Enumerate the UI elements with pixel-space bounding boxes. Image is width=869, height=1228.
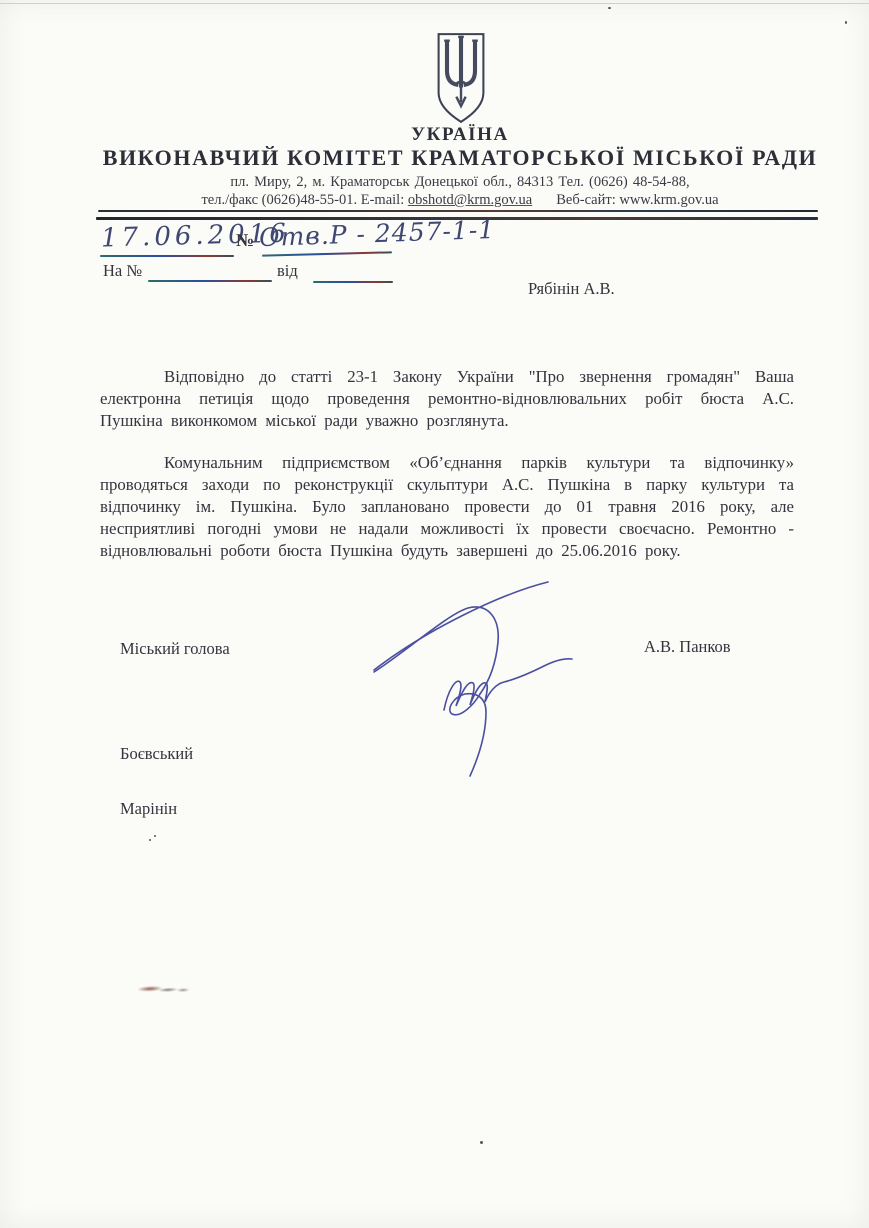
scan-speck — [608, 7, 611, 9]
website-text: Веб-сайт: www.krm.gov.ua — [556, 192, 718, 208]
reply-from-label: від — [277, 261, 298, 281]
official-name-2: Марінін — [120, 799, 177, 819]
address-line-1: пл. Миру, 2, м. Краматорськ Донецької об… — [74, 174, 846, 191]
body-paragraph-1: Відповідно до статті 23-1 Закону України… — [100, 366, 794, 432]
country-name: УКРАЇНА — [74, 124, 846, 146]
addressee-name: Рябінін А.В. — [528, 279, 615, 299]
reply-date-blank-line — [313, 281, 393, 283]
scan-speck — [845, 21, 847, 24]
phone-fax-text: тел./факс (0626)48-55-01. E-mail: — [201, 192, 407, 208]
ink-smudge — [138, 981, 193, 998]
scanned-letter-page: УКРАЇНА ВИКОНАВЧИЙ КОМІТЕТ КРАМАТОРСЬКОЇ… — [0, 0, 869, 1228]
address-line-2: тел./факс (0626)48-55-01. E-mail: obshot… — [74, 192, 846, 209]
scan-speck — [480, 1141, 483, 1144]
pen-dot — [154, 835, 156, 837]
divider-rule-top — [98, 210, 818, 212]
signature-ink — [368, 566, 608, 796]
scan-artifact-top-line — [0, 3, 869, 4]
ref-number-underline — [262, 251, 392, 256]
number-sign: № — [236, 230, 254, 251]
organization-name: ВИКОНАВЧИЙ КОМІТЕТ КРАМАТОРСЬКОЇ МІСЬКОЇ… — [74, 145, 846, 171]
ukraine-trident-emblem-icon — [433, 30, 489, 126]
email-text: obshotd@krm.gov.ua — [408, 192, 532, 208]
signer-title: Міський голова — [120, 639, 230, 659]
body-paragraph-2: Комунальним підприємством «Об’єднання па… — [100, 452, 794, 562]
reply-number-blank-line — [148, 280, 272, 282]
date-underline — [100, 255, 234, 257]
handwritten-ref-number: Отв.Р - 2457-1-1 — [259, 215, 496, 252]
pen-dot — [149, 839, 151, 841]
official-name-1: Боєвський — [120, 744, 193, 764]
signer-name: А.В. Панков — [644, 637, 731, 657]
reply-to-number-label: На № — [103, 261, 142, 281]
